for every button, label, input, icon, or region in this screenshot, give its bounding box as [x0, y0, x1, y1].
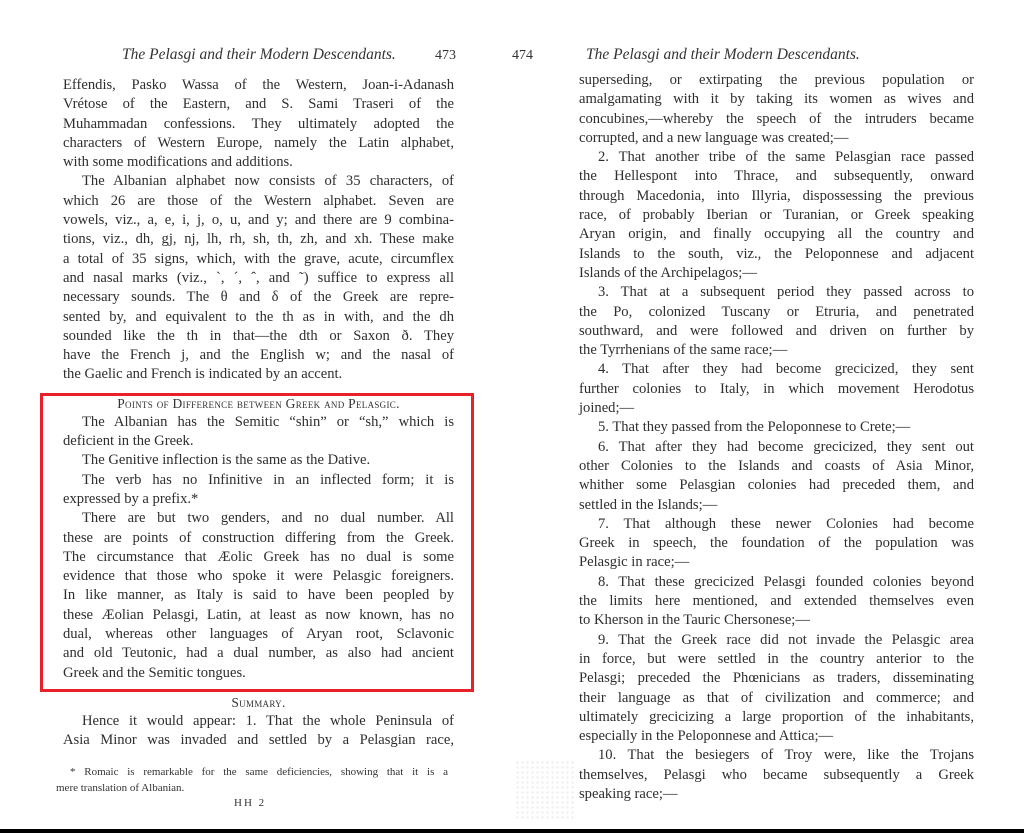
text-line: Greek in speech, the foundation of the p… — [579, 534, 974, 553]
text-line: other Colonies to the Islands and coasts… — [579, 457, 974, 476]
text-line: their language as that of civilization a… — [579, 689, 974, 708]
text-line: 8. That these grecicized Pelasgi founded… — [579, 573, 974, 592]
left-paragraphs: Effendis, Pasko Wassa of the Western, Jo… — [63, 76, 454, 385]
text-line: vowels, viz., a, e, i, j, o, u, and y; a… — [63, 211, 454, 230]
text-line: Islands of the Archipelagos;— — [579, 264, 974, 283]
running-title: The Pelasgi and their Modern Descendants… — [122, 46, 396, 63]
text-line: the Hellespont into Thrace, and subseque… — [579, 167, 974, 186]
text-line: necessary sounds. The θ and δ of the Gre… — [63, 288, 454, 307]
text-line: The Albanian alphabet now consists of 35… — [63, 172, 454, 191]
footnote-line: * Romaic is remarkable for the same defi… — [56, 764, 448, 780]
text-line: Islands to the south, viz., the Peloponn… — [579, 245, 974, 264]
text-line: in force, but were settled in the countr… — [579, 650, 974, 669]
page-number: 474 — [512, 48, 533, 64]
footnote: * Romaic is remarkable for the same defi… — [56, 764, 448, 796]
text-line: with some modifications and additions. — [63, 153, 454, 172]
text-line: 6. That after they had become grecicized… — [579, 438, 974, 457]
text-line: sented by, and equivalent to the th as i… — [63, 308, 454, 327]
text-line: 3. That at a subsequent period they pass… — [579, 283, 974, 302]
bottom-bar — [0, 829, 1024, 833]
text-line: Aryan origin, and finally occupying all … — [579, 225, 974, 244]
text-line: Pelasgi; preceded the Phœnicians as trad… — [579, 669, 974, 688]
page-number: 473 — [435, 48, 456, 64]
text-line: concubines,—whereby the speech of the in… — [579, 110, 974, 129]
footnote-line: mere translation of Albanian. — [56, 780, 448, 796]
text-line: tions, viz., dh, gj, nj, lh, rh, sh, th,… — [63, 230, 454, 249]
text-line: Hence it would appear: 1. That the whole… — [63, 712, 454, 731]
text-line: through Macedonia, into Illyria, disposs… — [579, 187, 974, 206]
text-line: 10. That the besiegers of Troy were, lik… — [579, 746, 974, 765]
text-line: and nasal marks (viz., `, ´, ˆ, and ˜) s… — [63, 269, 454, 288]
text-line: 2. That another tribe of the same Pelasg… — [579, 148, 974, 167]
text-line: Asia Minor was invaded and settled by a … — [63, 731, 454, 750]
text-line: corrupted, and a new language was create… — [579, 129, 974, 148]
text-line: the Gaelic and French is indicated by an… — [63, 365, 454, 384]
text-line: the Tyrrhenians of the same race;— — [579, 341, 974, 360]
text-line: 5. That they passed from the Peloponnese… — [579, 418, 974, 437]
text-line: Muhammadan confessions. They ultimately … — [63, 115, 454, 134]
right-running-head: 474 The Pelasgi and their Modern Descend… — [586, 46, 860, 64]
summary-heading: Summary. — [63, 693, 454, 712]
text-line: which 26 are those of the Western alphab… — [63, 192, 454, 211]
text-line: Vrétose of the Eastern, and S. Sami Tras… — [63, 95, 454, 114]
text-line: to Kherson in the Tauric Chersonese;— — [579, 611, 974, 630]
text-line: 9. That the Greek race did not invade th… — [579, 631, 974, 650]
text-line: race, of probably Iberian or Turanian, o… — [579, 206, 974, 225]
scan-speckle — [515, 760, 575, 820]
text-line: especially in the Peloponnese and Attica… — [579, 727, 974, 746]
text-line: 7. That although these newer Colonies ha… — [579, 515, 974, 534]
text-line: whither some Pelasgian colonies had prec… — [579, 476, 974, 495]
text-line: southward, and were followed and driven … — [579, 322, 974, 341]
text-line: a total of 35 signs, which, with the gra… — [63, 250, 454, 269]
text-line: have the French j, and the English w; an… — [63, 346, 454, 365]
summary-section: Summary. Hence it would appear: 1. That … — [63, 693, 454, 751]
text-line: speaking race;— — [579, 785, 974, 804]
left-running-head: The Pelasgi and their Modern Descendants… — [122, 46, 396, 64]
text-line: ultimately grecicizing a large proportio… — [579, 708, 974, 727]
text-line: superseding, or extirpating the previous… — [579, 71, 974, 90]
summary-paragraphs: Hence it would appear: 1. That the whole… — [63, 712, 454, 751]
text-line: Effendis, Pasko Wassa of the Western, Jo… — [63, 76, 454, 95]
highlight-box — [40, 393, 474, 692]
text-line: themselves, Pelasgi who became subsequen… — [579, 766, 974, 785]
text-line: further colonies to Italy, in which move… — [579, 380, 974, 399]
text-line: 4. That after they had become grecicized… — [579, 360, 974, 379]
right-body-text: superseding, or extirpating the previous… — [579, 71, 974, 804]
text-line: characters of Western Europe, namely the… — [63, 134, 454, 153]
text-line: the limits here mentioned, and extended … — [579, 592, 974, 611]
text-line: settled in the Islands;— — [579, 496, 974, 515]
signature-mark: HH 2 — [234, 797, 266, 809]
text-line: joined;— — [579, 399, 974, 418]
right-paragraphs: superseding, or extirpating the previous… — [579, 71, 974, 804]
text-line: the Po, colonized Tuscany or Etruria, an… — [579, 303, 974, 322]
text-line: Pelasgic in race;— — [579, 553, 974, 572]
text-line: sounded like the th in that—the dth or S… — [63, 327, 454, 346]
text-line: amalgamating with it by taking its women… — [579, 90, 974, 109]
running-title: The Pelasgi and their Modern Descendants… — [586, 46, 860, 63]
